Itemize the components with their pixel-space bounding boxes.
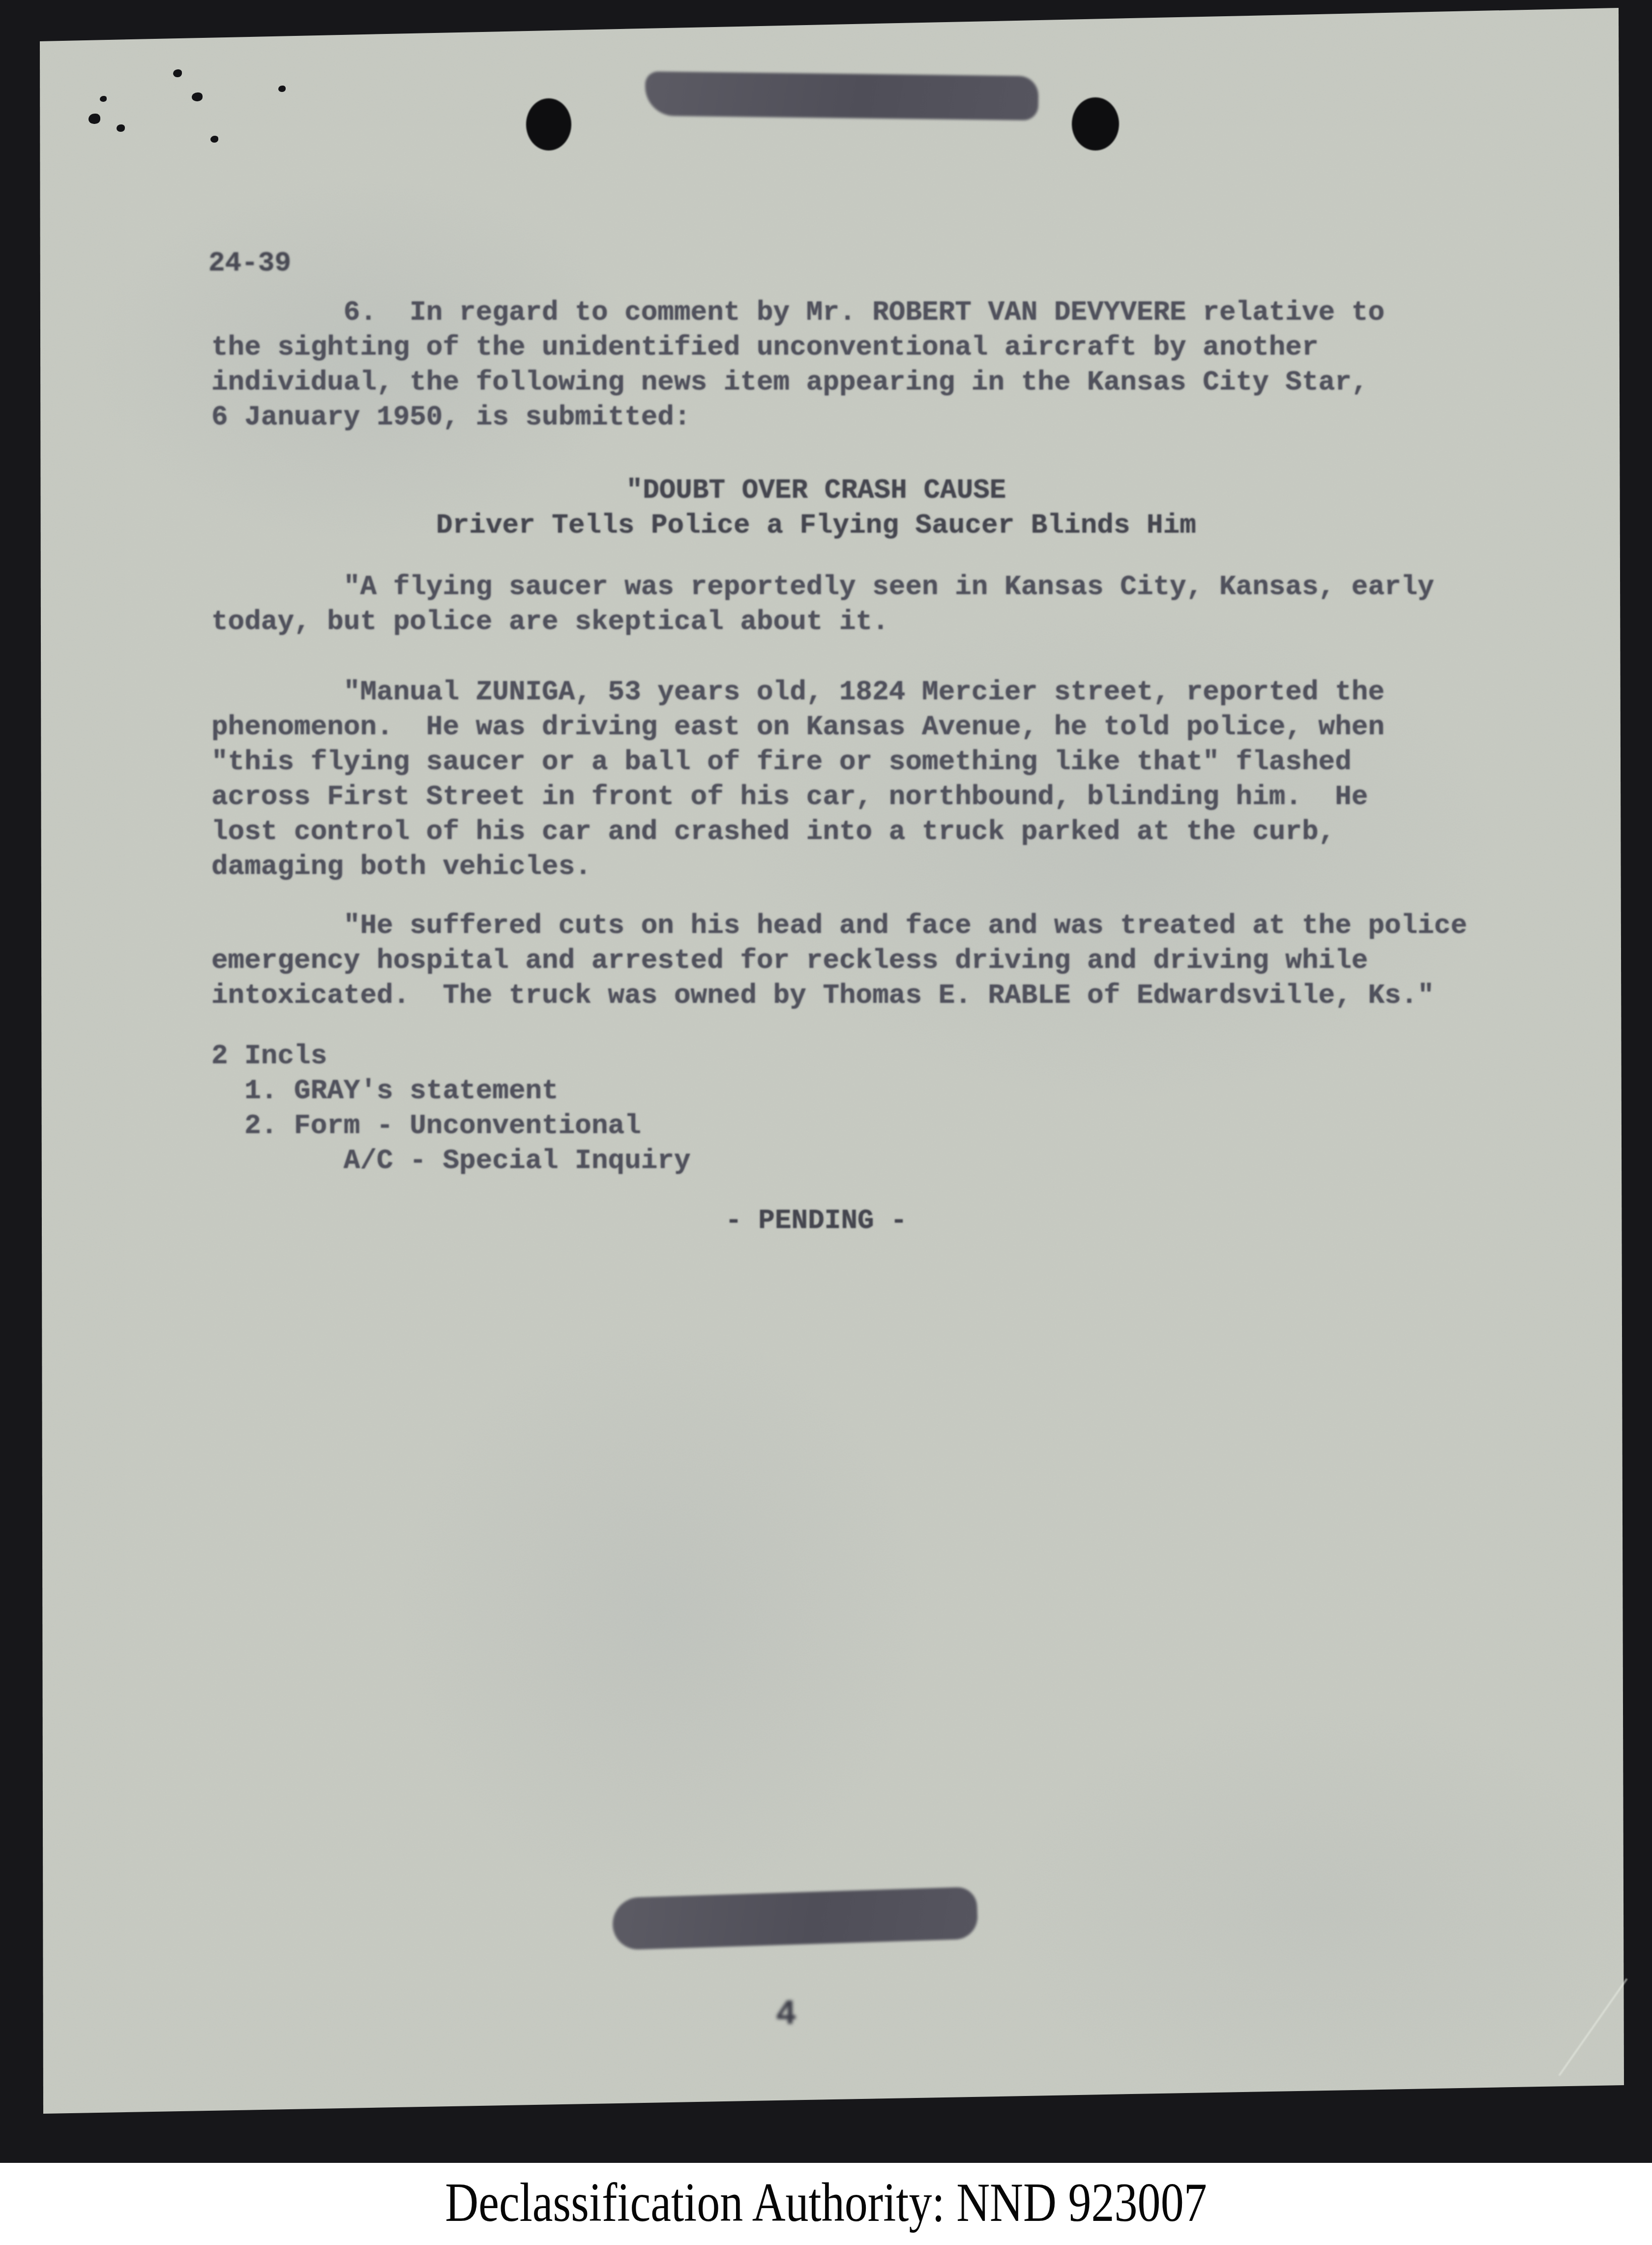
article-para-2: "Manual ZUNIGA, 53 years old, 1824 Merci… <box>211 675 1385 884</box>
page-number: 4 <box>776 1998 796 2033</box>
article-subheadline: Driver Tells Police a Flying Saucer Blin… <box>211 508 1421 543</box>
ink-speck <box>88 114 100 124</box>
status-pending: - PENDING - <box>211 1203 1421 1238</box>
ink-speck <box>117 124 125 132</box>
scanned-document: 24-39 6. In regard to comment by Mr. ROB… <box>0 0 1652 2245</box>
paragraph-6: 6. In regard to comment by Mr. ROBERT VA… <box>211 295 1385 435</box>
ink-speck <box>100 96 107 102</box>
article-para-1: "A flying saucer was reportedly seen in … <box>211 569 1434 639</box>
enclosures-list: 2 Incls 1. GRAY's statement 2. Form - Un… <box>211 1039 691 1178</box>
article-headline: "DOUBT OVER CRASH CAUSE <box>211 473 1421 508</box>
ink-speck <box>210 136 218 143</box>
ink-speck <box>173 69 182 77</box>
ref-number: 24-39 <box>208 246 291 281</box>
redaction-marker-top <box>645 71 1038 120</box>
ink-speck <box>192 92 203 101</box>
hole-punch-left <box>526 98 571 150</box>
declassification-text: Declassification Authority: NND 923007 <box>132 2163 1520 2245</box>
hole-punch-right <box>1072 97 1119 150</box>
article-para-3: "He suffered cuts on his head and face a… <box>211 908 1467 1013</box>
ink-speck <box>278 86 286 92</box>
